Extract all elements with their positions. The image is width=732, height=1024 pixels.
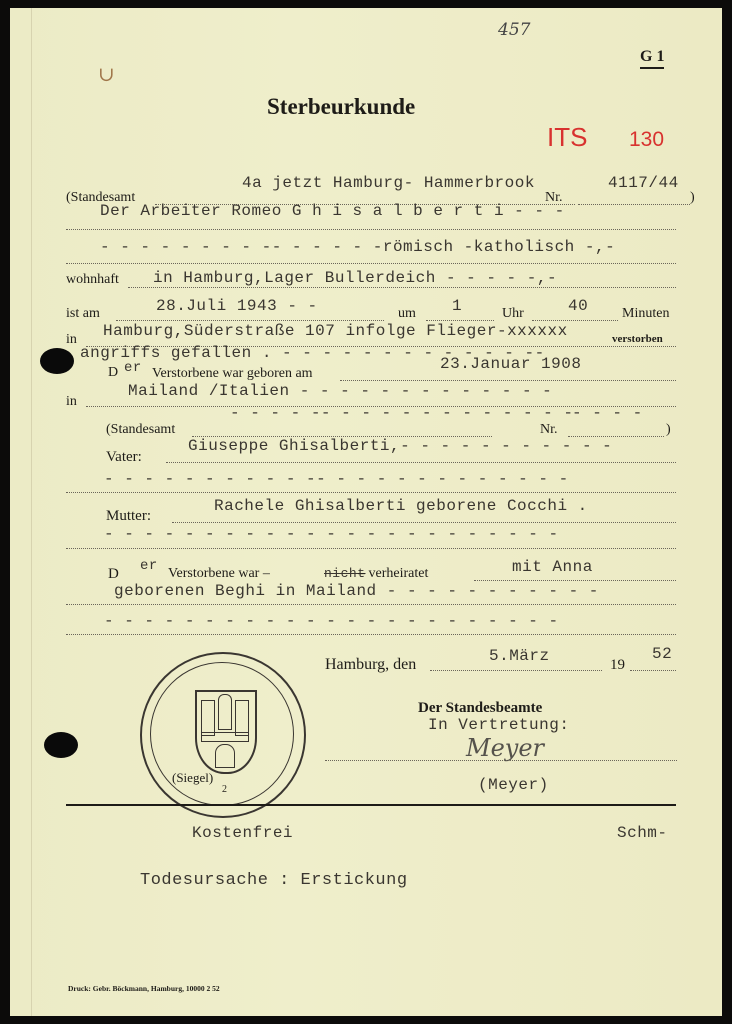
residence-label: wohnhaft <box>66 272 119 288</box>
mother-line2: - - - - - - - - - - - - - - - - - - - - … <box>104 525 559 543</box>
seal-number: 2 <box>222 784 227 795</box>
spouse-line2: geborenen Beghi in Mailand - - - - - - -… <box>114 582 599 600</box>
birth-nr-value: - - - - <box>572 404 643 422</box>
form-code: G 1 <box>640 48 664 69</box>
seal-label: (Siegel) <box>172 770 213 786</box>
death-date-label: ist am <box>66 306 100 322</box>
death-uhr-label: Uhr <box>502 306 524 322</box>
issue-date: 5.März <box>489 647 550 665</box>
document-title: Sterbeurkunde <box>267 94 415 120</box>
birth-nr-label: Nr. <box>540 422 558 438</box>
marital-label: Verstorbene war – <box>168 566 270 582</box>
father-line2: - - - - - - - - - - -- - - - - - - - - -… <box>104 470 569 488</box>
birth-date: 23.Januar 1908 <box>440 355 581 373</box>
spouse-name: mit Anna <box>512 558 593 576</box>
registry-close: ) <box>690 190 695 206</box>
registry-nr-value: 4117/44 <box>608 174 679 192</box>
birth-registry-close: ) <box>666 422 671 438</box>
official-seal: (Siegel) 2 <box>140 652 306 818</box>
residence-value: in Hamburg,Lager Bullerdeich - - - - -,- <box>153 269 557 287</box>
marital-prefix: D <box>108 566 119 583</box>
deceased-name: Der Arbeiter Romeo G h i s a l b e r t i… <box>100 202 565 220</box>
deputy-label: In Vertretung: <box>428 716 569 734</box>
punch-hole <box>44 732 78 758</box>
its-stamp-prefix: ITS <box>547 122 587 153</box>
birth-registry-label: (Standesamt <box>106 422 175 438</box>
birth-place: Mailand /Italien - - - - - - - - - - - -… <box>128 382 552 400</box>
death-date: 28.Juli 1943 - - <box>156 297 318 315</box>
mother-label: Mutter: <box>106 508 151 525</box>
birth-suffix: er <box>124 360 142 376</box>
issue-place-label: Hamburg, den <box>325 656 416 674</box>
birth-label: Verstorbene war geboren am <box>152 366 313 382</box>
handwritten-signature: Meyer <box>466 734 544 762</box>
death-minutes: 40 <box>568 297 588 315</box>
printer-imprint: Druck: Gebr. Böckmann, Hamburg, 10000 2 … <box>68 984 220 993</box>
registrar-name: (Meyer) <box>478 776 549 794</box>
registrar-title: Der Standesbeamte <box>418 700 542 717</box>
birth-place-label: in <box>66 394 77 410</box>
spouse-line3: - - - - - - - - - - - - - - - - - - - - … <box>104 612 559 630</box>
birth-prefix: D <box>108 365 118 381</box>
punch-hole <box>40 348 74 374</box>
death-hour: 1 <box>452 297 462 315</box>
overstrike-word: verstorben <box>612 333 663 345</box>
issue-year: 52 <box>652 645 672 663</box>
hamburg-coat-of-arms-icon <box>195 690 257 774</box>
cause-of-death: Todesursache : Erstickung <box>140 871 408 890</box>
deceased-religion: - - - - - - - - -- - - - - -römisch -kat… <box>100 238 615 256</box>
mother-name: Rachele Ghisalberti geborene Cocchi . <box>214 497 588 515</box>
marital-suffix: er <box>140 558 158 574</box>
clerk-initials: Schm- <box>617 824 668 842</box>
father-label: Vater: <box>106 449 142 466</box>
registry-value: 4a jetzt Hamburg- Hammerbrook <box>242 174 535 192</box>
separator-line <box>66 804 676 806</box>
death-place: Hamburg,Süderstraße 107 infolge Flieger-… <box>103 322 568 340</box>
father-name: Giuseppe Ghisalberti,- - - - - - - - - -… <box>188 437 612 455</box>
death-place-label: in <box>66 332 77 348</box>
marital-label2: – verheiratet <box>358 566 428 582</box>
death-minuten-label: Minuten <box>622 306 669 322</box>
birth-registry-value: - - - - -- - - - - - - - - - - - - <box>230 404 573 422</box>
fee-note: Kostenfrei <box>192 824 293 842</box>
death-um-label: um <box>398 306 416 322</box>
issue-year-prefix: 19 <box>610 657 625 674</box>
pencil-mark: ∪ <box>98 62 115 86</box>
handwritten-number: 457 <box>498 20 530 40</box>
its-stamp-number: 130 <box>629 128 664 152</box>
